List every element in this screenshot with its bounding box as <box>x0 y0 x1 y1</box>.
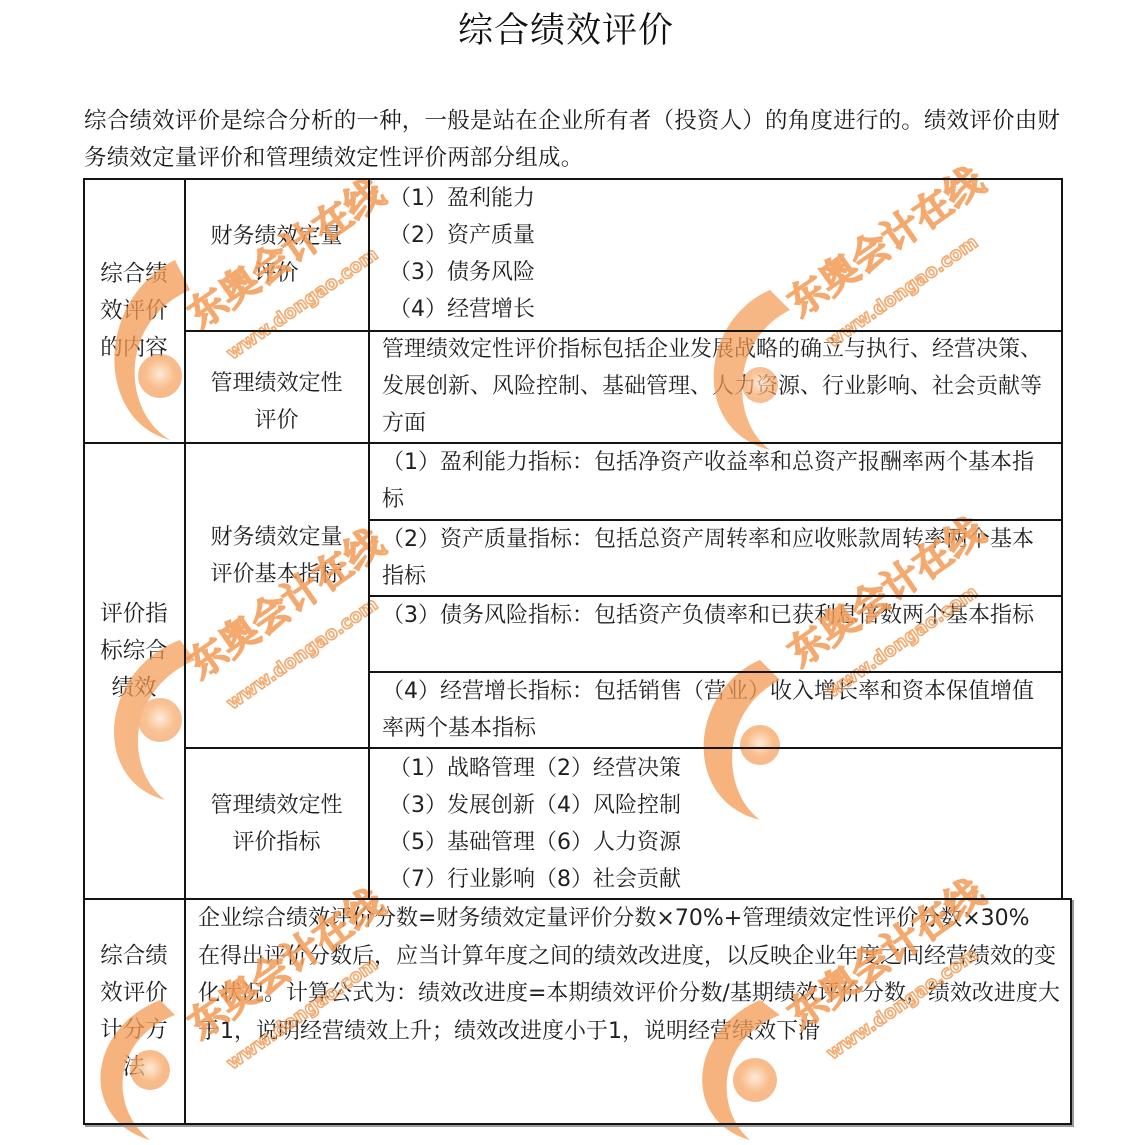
scoring-formula: 企业综合绩效评价分数=财务绩效定量评价分数×70%+管理绩效定性评价分数×30% <box>198 900 1060 938</box>
list-item: （4）经营增长 <box>389 291 1061 328</box>
financial-basic-item-1: （1）盈利能力指标：包括净资产收益率和总资产报酬率两个基本指标 <box>369 444 1061 519</box>
list-item: （2）资产质量 <box>389 217 1061 254</box>
table-border <box>1061 178 1063 899</box>
list-item: （7）行业影响（8）社会贡献 <box>389 861 1061 898</box>
list-item: （1）战略管理（2）经营决策 <box>389 750 1061 787</box>
row-label-management-indicators: 管理绩效定性 评价指标 <box>185 749 368 898</box>
management-indicator-items: （1）战略管理（2）经营决策 （3）发展创新（4）风险控制 （5）基础管理（6）… <box>369 750 1061 898</box>
table-border <box>368 671 1063 673</box>
table-border <box>83 442 1063 444</box>
page-title: 综合绩效评价 <box>0 6 1132 56</box>
financial-basic-item-2: （2）资产质量指标：包括总资产周转率和应收账款周转率两个基本指标 <box>369 521 1061 596</box>
table-shadow <box>1072 900 1074 1127</box>
table-border <box>184 898 186 1125</box>
table-border <box>184 747 1063 749</box>
management-qual-text: 管理绩效定性评价指标包括企业发展战略的确立与执行、经营决策、发展创新、风险控制、… <box>369 331 1061 443</box>
list-item: （3）债务风险 <box>389 254 1061 291</box>
table-border <box>184 178 186 899</box>
list-item: （1）盈利能力 <box>389 180 1061 217</box>
financial-basic-item-3: （3）债务风险指标：包括资产负债率和已获利息倍数两个基本指标 <box>369 597 1061 672</box>
section-label-content: 综合绩 效评价 的内容 <box>84 179 184 443</box>
row-label-financial-quant: 财务绩效定量 评价 <box>185 179 368 330</box>
row-label-financial-basic: 财务绩效定量 评价基本指标 <box>185 444 368 748</box>
table-border <box>368 595 1063 597</box>
section-label-indicators: 评价指 标综合 绩效 <box>84 444 184 898</box>
row-label-management-qual: 管理绩效定性 评价 <box>185 331 368 443</box>
list-item: （3）发展创新（4）风险控制 <box>389 787 1061 824</box>
table-border <box>184 330 1063 332</box>
table-border <box>83 178 85 899</box>
table-border <box>83 178 1063 180</box>
section-label-scoring: 综合绩 效评价 计分方 法 <box>84 900 184 1124</box>
table-border <box>83 898 85 1125</box>
scoring-content: 企业综合绩效评价分数=财务绩效定量评价分数×70%+管理绩效定性评价分数×30%… <box>186 900 1070 1124</box>
financial-quant-items: （1）盈利能力 （2）资产质量 （3）债务风险 （4）经营增长 <box>369 180 1061 330</box>
table-border <box>368 519 1063 521</box>
table-shadow <box>85 1125 1073 1127</box>
table-border <box>368 178 370 899</box>
financial-basic-item-4: （4）经营增长指标：包括销售（营业）收入增长率和资本保值增值率两个基本指标 <box>369 673 1061 748</box>
intro-paragraph: 综合绩效评价是综合分析的一种，一般是站在企业所有者（投资人）的角度进行的。绩效评… <box>84 103 1074 177</box>
scoring-progress-text: 在得出评价分数后，应当计算年度之间的绩效改进度，以反映企业年度之间经营绩效的变化… <box>198 938 1060 1051</box>
list-item: （5）基础管理（6）人力资源 <box>389 824 1061 861</box>
table-border <box>83 898 1072 900</box>
